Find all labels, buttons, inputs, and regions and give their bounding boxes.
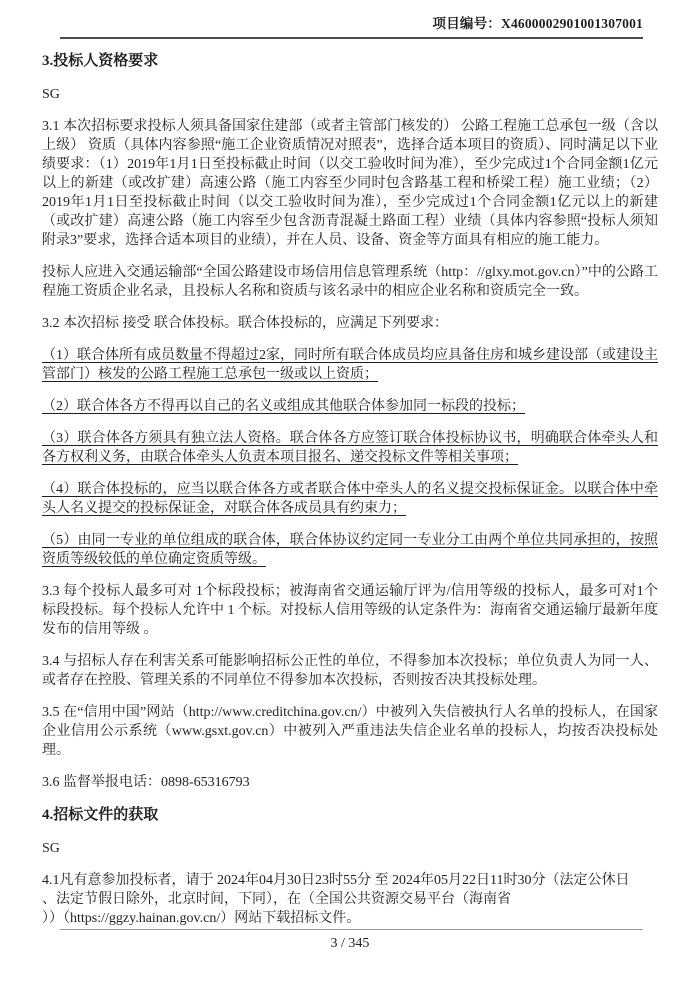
paragraph: SG — [42, 839, 658, 858]
page-number: 3 / 345 — [0, 934, 700, 954]
paragraph: 3.4 与招标人存在利害关系可能影响招标公正性的单位，不得参加本次投标；单位负责… — [42, 652, 658, 690]
underlined-paragraph: （2）联合体各方不得再以自己的名义或组成其他联合体参加同一标段的投标； — [42, 397, 658, 416]
paragraph: 3.1 本次招标要求投标人须具备国家住建部（或者主管部门核发的） 公路工程施工总… — [42, 117, 658, 250]
paragraph: 投标人应进入交通运输部“全国公路建设市场信用信息管理系统（http：//glxy… — [42, 263, 658, 301]
project-number: 项目编号：X4600002901001307001 — [433, 16, 644, 31]
paragraph: SG — [42, 85, 658, 104]
underlined-paragraph: （1）联合体所有成员数量不得超过2家，同时所有联合体成员均应具备住房和城乡建设部… — [42, 346, 658, 384]
page-header: 项目编号：X4600002901001307001 — [42, 14, 658, 34]
paragraph: 4.1凡有意参加投标者，请于 2024年04月30日23时55分 至 2024年… — [42, 871, 658, 928]
section-heading: 3.投标人资格要求 — [42, 51, 658, 71]
page-content: 项目编号：X4600002901001307001 3.投标人资格要求SG3.1… — [0, 0, 700, 928]
paragraph: 3.6 监督举报电话：0898-65316793 — [42, 773, 658, 792]
underlined-paragraph: （3）联合体各方须具有独立法人资格。联合体各方应签订联合体投标协议书，明确联合体… — [42, 429, 658, 467]
header-rule — [60, 37, 643, 39]
paragraph: 3.2 本次招标 接受 联合体投标。联合体投标的，应满足下列要求： — [42, 314, 658, 333]
section-heading: 4.招标文件的获取 — [42, 805, 658, 825]
paragraph: 3.5 在“信用中国”网站（http://www.creditchina.gov… — [42, 703, 658, 760]
footer-rule — [60, 929, 643, 930]
paragraph: 3.3 每个投标人最多可对 1个标段投标；被海南省交通运输厅评为/信用等级的投标… — [42, 582, 658, 639]
underlined-paragraph: （5）由同一专业的单位组成的联合体，联合体协议约定同一专业分工由两个单位共同承担… — [42, 531, 658, 569]
underlined-paragraph: （4）联合体投标的，应当以联合体各方或者联合体中牵头人的名义提交投标保证金。以联… — [42, 480, 658, 518]
document-page: 项目编号：X4600002901001307001 3.投标人资格要求SG3.1… — [0, 0, 700, 990]
document-body: 3.投标人资格要求SG3.1 本次招标要求投标人须具备国家住建部（或者主管部门核… — [42, 51, 658, 928]
